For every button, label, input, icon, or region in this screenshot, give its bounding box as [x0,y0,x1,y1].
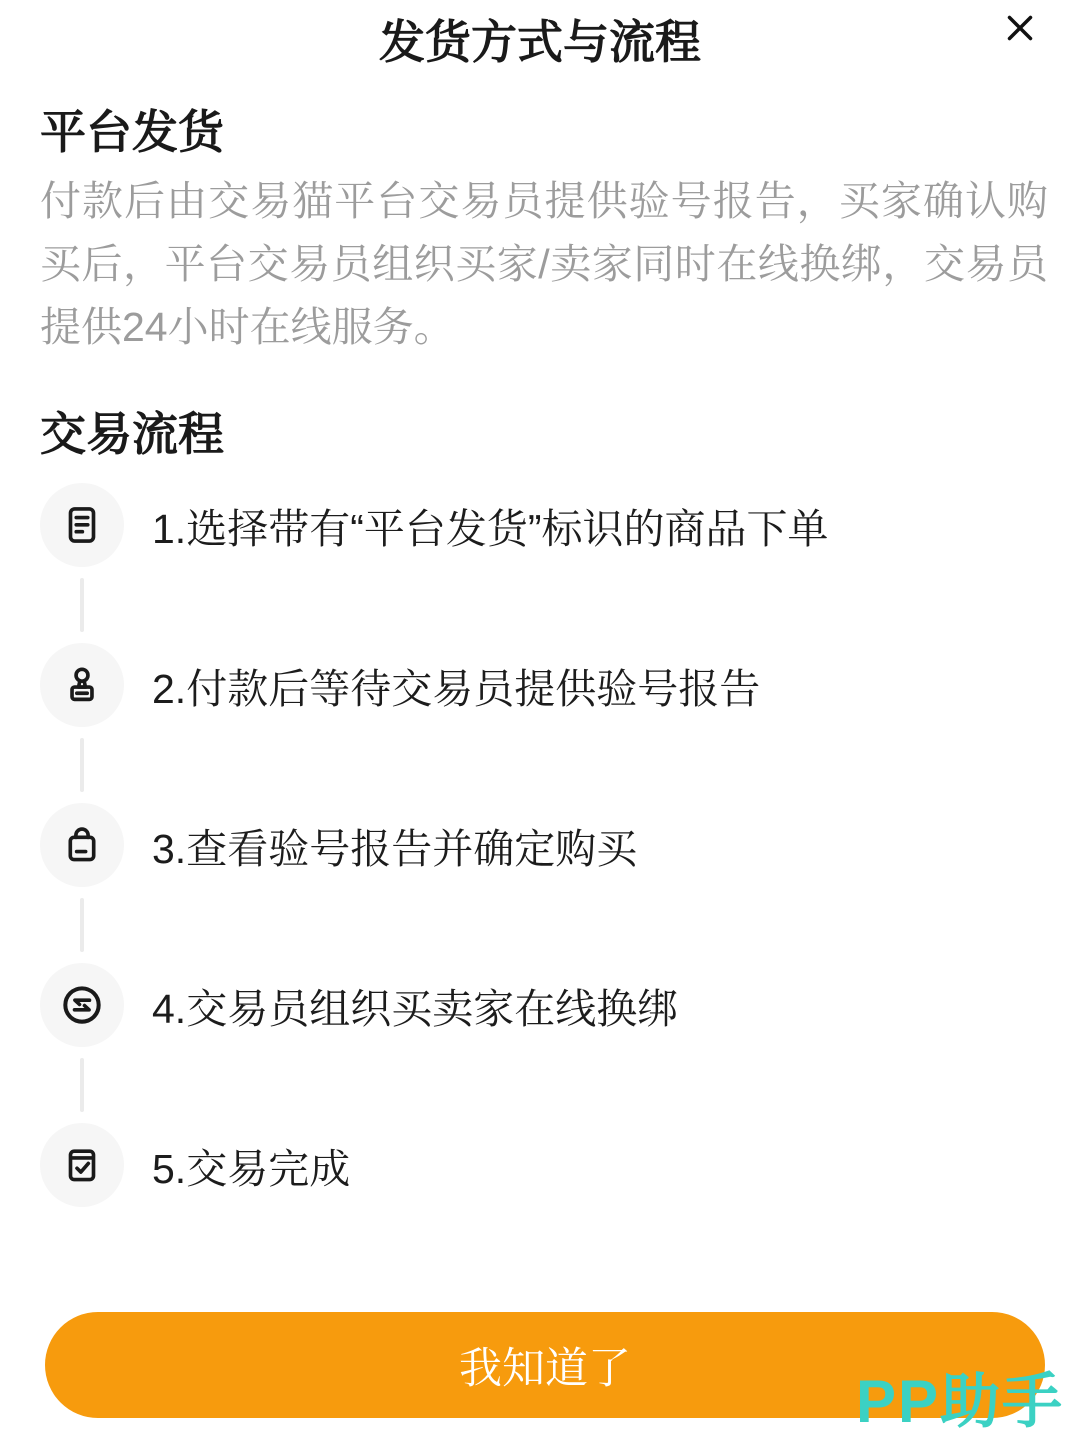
step-connector [80,898,84,952]
close-icon [999,7,1041,49]
swap-arrows-icon [40,963,124,1047]
document-list-icon [40,483,124,567]
step-label: 4.交易员组织买卖家在线换绑 [152,976,678,1035]
checkbox-icon [40,1123,124,1207]
step-label: 3.查看验号报告并确定购买 [152,816,637,875]
step-row-4: 4.交易员组织买卖家在线换绑 [40,963,678,1047]
step-connector [80,1058,84,1112]
section-heading-platform-shipping: 平台发货 [40,96,224,162]
platform-shipping-description: 付款后由交易猫平台交易员提供验号报告，买家确认购买后，平台交易员组织买家/卖家同… [40,170,1048,359]
pp-assistant-watermark: PP助手 [856,1354,1064,1440]
step-label: 1.选择带有“平台发货”标识的商品下单 [152,496,829,555]
step-row-2: 2.付款后等待交易员提供验号报告 [40,643,760,727]
step-row-3: 3.查看验号报告并确定购买 [40,803,637,887]
transaction-steps-list: 1.选择带有“平台发货”标识的商品下单 2.付款后等待交易员提供验号报告 3.查… [40,483,1040,1263]
step-connector [80,738,84,792]
stamp-icon [40,643,124,727]
page-title: 发货方式与流程 [0,6,1080,72]
step-connector [80,578,84,632]
close-button[interactable] [992,0,1048,56]
step-row-5: 5.交易完成 [40,1123,350,1207]
section-heading-transaction-process: 交易流程 [40,398,224,464]
step-row-1: 1.选择带有“平台发货”标识的商品下单 [40,483,829,567]
step-label: 2.付款后等待交易员提供验号报告 [152,656,760,715]
step-label: 5.交易完成 [152,1136,350,1195]
shopping-bag-icon [40,803,124,887]
